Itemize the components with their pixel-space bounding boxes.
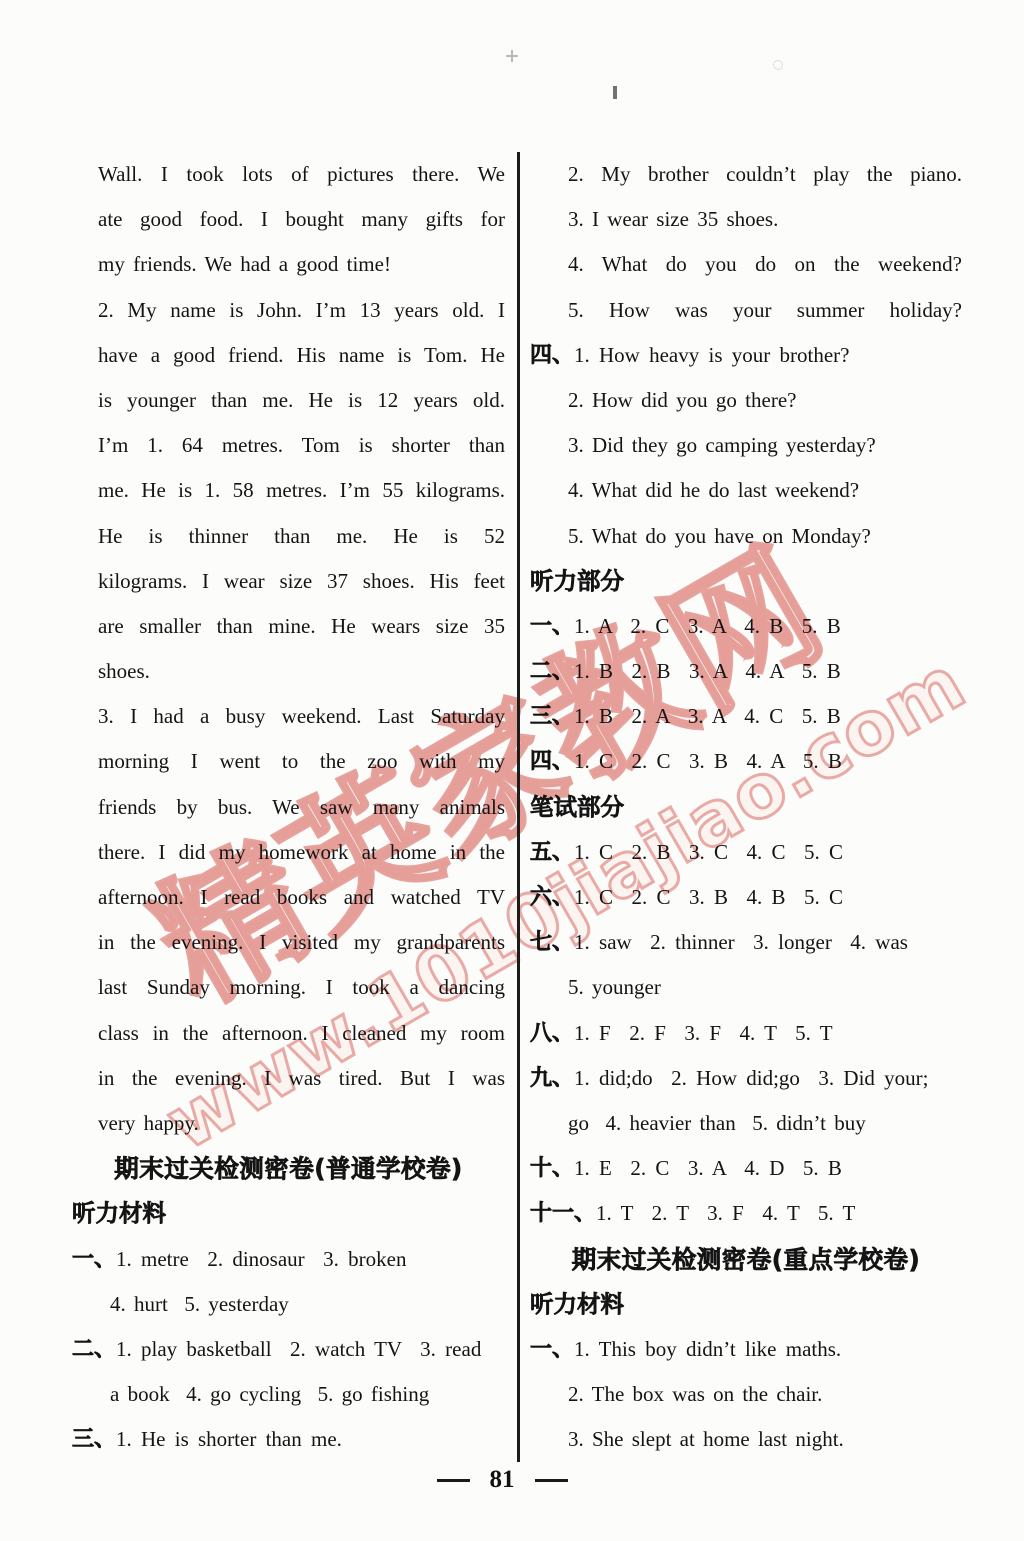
- section-marker: 七、: [530, 920, 574, 965]
- answer-line: 八、1. F 2. F 3. F 4. T 5. T: [530, 1011, 962, 1056]
- continuation-line: 2. My brother couldn’t play the piano.: [568, 152, 962, 197]
- right-column: 2. My brother couldn’t play the piano.3.…: [530, 152, 962, 1462]
- answer-line: 十一、1. T 2. T 3. F 4. T 5. T: [530, 1191, 962, 1236]
- section-marker: 五、: [530, 830, 574, 875]
- paragraph-line: class in the afternoon. I cleaned my roo…: [98, 1011, 505, 1056]
- sub-heading: 笔试部分: [530, 785, 962, 830]
- paragraph-line: is younger than me. He is 12 years old.: [98, 378, 505, 423]
- line-text: 1. F 2. F 3. F 4. T 5. T: [574, 1011, 833, 1056]
- section-marker: 一、: [530, 604, 574, 649]
- continuation-line: go 4. heavier than 5. didn’t buy: [568, 1101, 962, 1146]
- paragraph-line: kilograms. I wear size 37 shoes. His fee…: [98, 559, 505, 604]
- paragraph-line: He is thinner than me. He is 52: [98, 514, 505, 559]
- line-text: 1. A 2. C 3. A 4. B 5. B: [574, 604, 841, 649]
- section-marker: 八、: [530, 1011, 574, 1056]
- left-column: Wall. I took lots of pictures there. Wea…: [72, 152, 505, 1462]
- answer-line: 三、1. B 2. A 3. A 4. C 5. B: [530, 694, 962, 739]
- answer-line: 三、1. He is shorter than me.: [72, 1417, 505, 1462]
- paragraph-line: are smaller than mine. He wears size 35: [98, 604, 505, 649]
- sub-heading: 听力部分: [530, 559, 962, 604]
- line-text: 1. C 2. C 3. B 4. B 5. C: [574, 875, 843, 920]
- answer-line: 四、1. C 2. C 3. B 4. A 5. B: [530, 739, 962, 784]
- paragraph-line: friends by bus. We saw many animals: [98, 785, 505, 830]
- paragraph-line: 3. I had a busy weekend. Last Saturday: [98, 694, 505, 739]
- paragraph-line: very happy.: [98, 1101, 505, 1146]
- answer-line: 二、1. B 2. B 3. A 4. A 5. B: [530, 649, 962, 694]
- sub-heading: 听力材料: [530, 1282, 962, 1327]
- footer-dash: [535, 1479, 568, 1482]
- line-text: 1. He is shorter than me.: [116, 1417, 342, 1462]
- continuation-line: 4. What did he do last weekend?: [568, 468, 962, 513]
- answer-line: 一、1. This boy didn’t like maths.: [530, 1327, 962, 1372]
- paragraph-line: have a good friend. His name is Tom. He: [98, 333, 505, 378]
- paragraph-line: ate good food. I bought many gifts for: [98, 197, 505, 242]
- paragraph-line: in the evening. I visited my grandparent…: [98, 920, 505, 965]
- answer-line: 四、1. How heavy is your brother?: [530, 333, 962, 378]
- section-marker: 二、: [530, 649, 574, 694]
- paragraph-line: me. He is 1. 58 metres. I’m 55 kilograms…: [98, 468, 505, 513]
- page-footer: 81: [0, 1466, 1014, 1494]
- section-marker: 一、: [72, 1237, 116, 1282]
- paragraph-line: 2. My name is John. I’m 13 years old. I: [98, 288, 505, 333]
- section-heading: 期末过关检测密卷(普通学校卷): [72, 1146, 505, 1191]
- footer-dash: [437, 1479, 470, 1482]
- line-text: 1. B 2. B 3. A 4. A 5. B: [574, 649, 841, 694]
- continuation-line: a book 4. go cycling 5. go fishing: [110, 1372, 505, 1417]
- paragraph-line: shoes.: [98, 649, 505, 694]
- answer-line: 五、1. C 2. B 3. C 4. C 5. C: [530, 830, 962, 875]
- scan-speck: [506, 50, 518, 62]
- paragraph-line: I’m 1. 64 metres. Tom is shorter than: [98, 423, 505, 468]
- section-marker: 十一、: [530, 1191, 596, 1236]
- line-text: 1. This boy didn’t like maths.: [574, 1327, 841, 1372]
- line-text: 1. saw 2. thinner 3. longer 4. was: [574, 920, 908, 965]
- answer-line: 十、1. E 2. C 3. A 4. D 5. B: [530, 1146, 962, 1191]
- section-marker: 二、: [72, 1327, 116, 1372]
- scan-speck: [773, 60, 783, 70]
- continuation-line: 3. She slept at home last night.: [568, 1417, 962, 1462]
- line-text: 1. E 2. C 3. A 4. D 5. B: [574, 1146, 842, 1191]
- line-text: 1. How heavy is your brother?: [574, 333, 849, 378]
- paragraph-line: afternoon. I read books and watched TV: [98, 875, 505, 920]
- scan-speck: [613, 86, 617, 99]
- continuation-line: 4. hurt 5. yesterday: [110, 1282, 505, 1327]
- line-text: 1. play basketball 2. watch TV 3. read: [116, 1327, 481, 1372]
- paragraph-line: last Sunday morning. I took a dancing: [98, 965, 505, 1010]
- line-text: 1. C 2. C 3. B 4. A 5. B: [574, 739, 842, 784]
- line-text: 1. C 2. B 3. C 4. C 5. C: [574, 830, 843, 875]
- paragraph-line: there. I did my homework at home in the: [98, 830, 505, 875]
- answer-line: 七、1. saw 2. thinner 3. longer 4. was: [530, 920, 962, 965]
- answer-line: 一、1. metre 2. dinosaur 3. broken: [72, 1237, 505, 1282]
- continuation-line: 5. younger: [568, 965, 962, 1010]
- section-marker: 十、: [530, 1146, 574, 1191]
- section-marker: 六、: [530, 875, 574, 920]
- section-marker: 九、: [530, 1056, 574, 1101]
- scanned-answer-page: 精英家教网 www.1010jiajiao.com Wall. I took l…: [0, 0, 1024, 1541]
- continuation-line: 5. How was your summer holiday?: [568, 288, 962, 333]
- paragraph-line: in the evening. I was tired. But I was: [98, 1056, 505, 1101]
- section-marker: 三、: [72, 1417, 116, 1462]
- column-divider: [517, 152, 520, 1462]
- answer-line: 一、1. A 2. C 3. A 4. B 5. B: [530, 604, 962, 649]
- line-text: 1. T 2. T 3. F 4. T 5. T: [596, 1191, 855, 1236]
- section-marker: 四、: [530, 739, 574, 784]
- sub-heading: 听力材料: [72, 1191, 505, 1236]
- section-marker: 三、: [530, 694, 574, 739]
- answer-line: 九、1. did;do 2. How did;go 3. Did your;: [530, 1056, 962, 1101]
- page-number: 81: [490, 1466, 515, 1494]
- section-marker: 四、: [530, 333, 574, 378]
- paragraph-line: my friends. We had a good time!: [98, 242, 505, 287]
- paragraph-line: Wall. I took lots of pictures there. We: [98, 152, 505, 197]
- continuation-line: 5. What do you have on Monday?: [568, 514, 962, 559]
- section-marker: 一、: [530, 1327, 574, 1372]
- continuation-line: 2. How did you go there?: [568, 378, 962, 423]
- line-text: 1. did;do 2. How did;go 3. Did your;: [574, 1056, 929, 1101]
- paragraph-line: morning I went to the zoo with my: [98, 739, 505, 784]
- answer-line: 六、1. C 2. C 3. B 4. B 5. C: [530, 875, 962, 920]
- line-text: 1. B 2. A 3. A 4. C 5. B: [574, 694, 841, 739]
- section-heading: 期末过关检测密卷(重点学校卷): [530, 1237, 962, 1282]
- line-text: 1. metre 2. dinosaur 3. broken: [116, 1237, 406, 1282]
- continuation-line: 4. What do you do on the weekend?: [568, 242, 962, 287]
- answer-line: 二、1. play basketball 2. watch TV 3. read: [72, 1327, 505, 1372]
- continuation-line: 3. Did they go camping yesterday?: [568, 423, 962, 468]
- continuation-line: 3. I wear size 35 shoes.: [568, 197, 962, 242]
- continuation-line: 2. The box was on the chair.: [568, 1372, 962, 1417]
